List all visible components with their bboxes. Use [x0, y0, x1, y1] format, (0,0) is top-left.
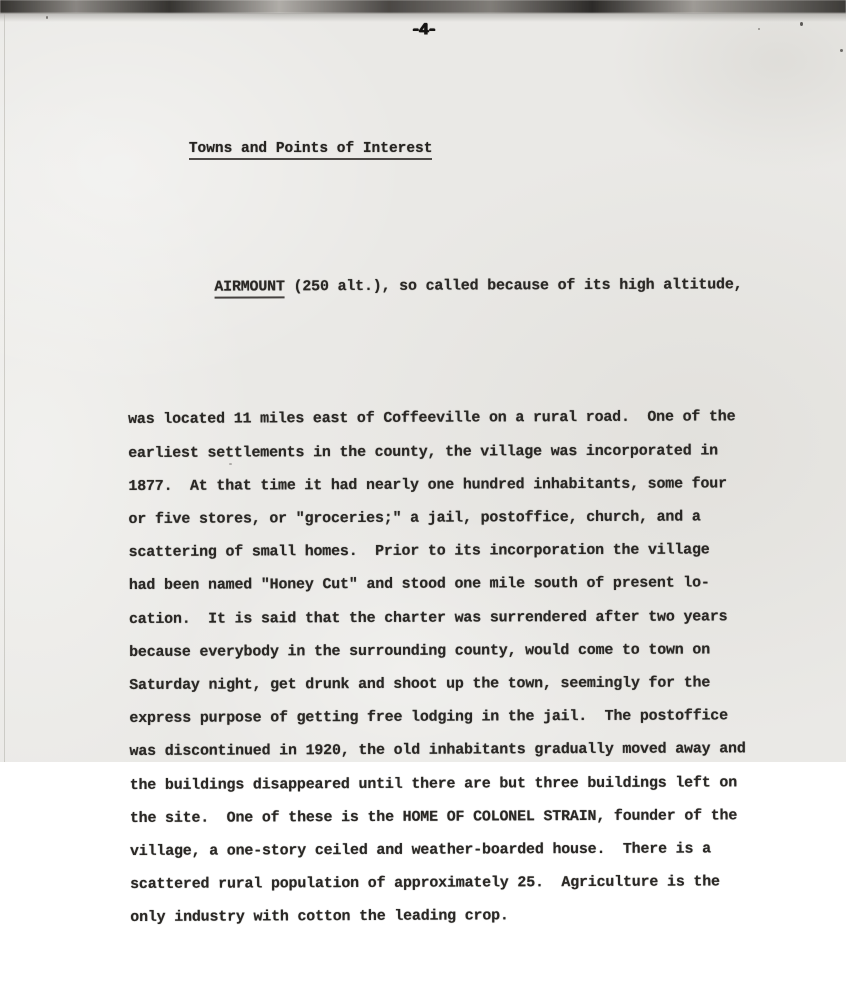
lead-line-rest: (250 alt.), so called because of its hig…: [285, 276, 743, 295]
paper-edge-line: [4, 14, 5, 762]
paper-speck: [840, 49, 843, 52]
paragraph-line: had been named "Honey Cut" and stood one…: [129, 567, 761, 603]
paragraph-line: express purpose of getting free lodging …: [129, 699, 761, 735]
paragraph-line: was discontinued in 1920, the old inhabi…: [129, 733, 761, 762]
paragraph-line: because everybody in the surrounding cou…: [129, 633, 761, 669]
page-number: -4-: [0, 21, 846, 40]
paragraph-lines: was located 11 miles east of Coffeeville…: [128, 401, 762, 762]
paragraph-line: earliest settlements in the county, the …: [128, 434, 760, 470]
document-heading: Towns and Points of Interest: [154, 125, 432, 173]
heading-text: Towns and Points of Interest: [189, 141, 433, 160]
paragraph-lead-line: AIRMOUNT (250 alt.), so called because o…: [127, 235, 759, 337]
paragraph-line: cation. It is said that the charter was …: [129, 600, 761, 636]
paper-speck: [46, 16, 48, 19]
paragraph-line: 1877. At that time it had nearly one hun…: [128, 467, 760, 503]
paragraph-line: scattering of small homes. Prior to its …: [129, 533, 761, 569]
paragraph-line: was located 11 miles east of Coffeeville…: [128, 401, 760, 437]
scan-edge-band: [0, 0, 846, 13]
body-paragraph: AIRMOUNT (250 alt.), so called because o…: [127, 168, 763, 762]
scanned-page: -4- Towns and Points of Interest AIRMOUN…: [0, 0, 846, 762]
paragraph-line: or five stores, or "groceries;" a jail, …: [128, 500, 760, 536]
airmount-underlined-text: AIRMOUNT: [214, 278, 285, 298]
paragraph-line: Saturday night, get drunk and shoot up t…: [129, 666, 761, 702]
